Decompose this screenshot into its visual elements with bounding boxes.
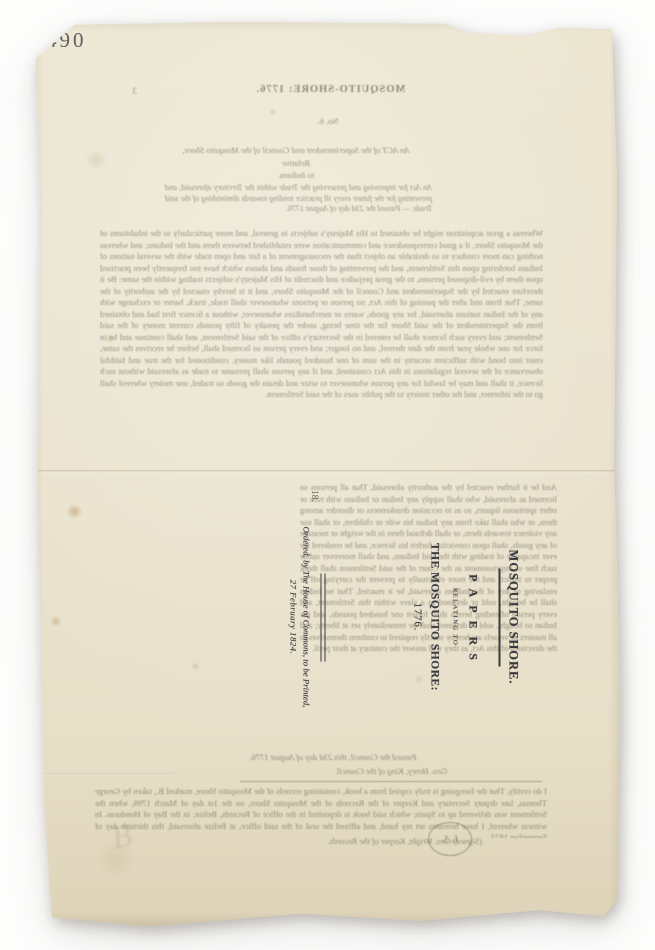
showthrough-page-number: 3 xyxy=(123,86,137,98)
archive-number-stamp: 490 xyxy=(46,28,87,53)
foxing-spot xyxy=(413,674,425,684)
half-title: MOSQUITO SHORE. xyxy=(506,505,521,730)
subtitle: THE MOSQUITO SHORE: xyxy=(429,505,441,730)
foxing-spot xyxy=(83,150,109,170)
fold-crease-minor xyxy=(35,773,175,775)
imprint-line-2: 27 February 1824. xyxy=(289,505,299,730)
foxing-spot xyxy=(105,334,115,343)
paper-edge-tone-left xyxy=(33,22,43,930)
docket-title-block: MOSQUITO SHORE. PAPERS RELATING TO THE M… xyxy=(283,505,523,730)
rule-divider xyxy=(499,568,501,666)
double-rule-divider xyxy=(321,573,326,661)
foxing-spot xyxy=(93,842,139,876)
showthrough-passed-line: Passed the Council, this 23d day of Augu… xyxy=(183,752,483,764)
year-label: 1776. xyxy=(412,505,423,730)
main-title: PAPERS xyxy=(466,505,481,730)
showthrough-act-heading-line1: An ACT of the Superintendent and Council… xyxy=(182,145,409,168)
paper-sheet: 490 MOSQUITO-SHORE: 1776. 3 No. 6. An AC… xyxy=(33,22,623,930)
fold-crease xyxy=(33,470,623,473)
showthrough-body-paragraph-1: Whereas a great acquisition might be obt… xyxy=(100,228,543,474)
paper-edge-tone-top xyxy=(33,22,623,32)
foxing-spot xyxy=(191,662,200,671)
paper-edge-tone-bottom xyxy=(33,912,623,930)
imprint-line-1: Ordered, by The House of Commons, to be … xyxy=(302,505,312,730)
relating-to-label: RELATING TO xyxy=(452,505,459,730)
showthrough-act-heading: An ACT of the Superintendent and Council… xyxy=(170,144,422,182)
paper-shadow-wrap: 490 MOSQUITO-SHORE: 1776. 3 No. 6. An AC… xyxy=(33,22,623,930)
seal-mark-ls: L. S. xyxy=(428,822,472,856)
paper-edge-tone-right xyxy=(609,22,623,930)
showthrough-act-heading-line2: to Indians. xyxy=(278,170,315,180)
showthrough-running-head: MOSQUITO-SHORE: 1776. xyxy=(228,84,433,96)
showthrough-signature-line: Geo. Henry, King of the Council. xyxy=(240,766,542,782)
foxing-spot xyxy=(268,108,277,116)
showthrough-doc-number: No. 6. xyxy=(288,116,368,128)
photographed-document-scene: 490 MOSQUITO-SHORE: 1776. 3 No. 6. An AC… xyxy=(0,0,655,950)
foxing-spot xyxy=(66,504,83,519)
showthrough-certificate: I do certify, That the foregoing is trul… xyxy=(95,786,547,838)
showthrough-act-abstract: An Act for improving and preserving the … xyxy=(165,183,432,215)
foxing-spot xyxy=(50,616,62,627)
